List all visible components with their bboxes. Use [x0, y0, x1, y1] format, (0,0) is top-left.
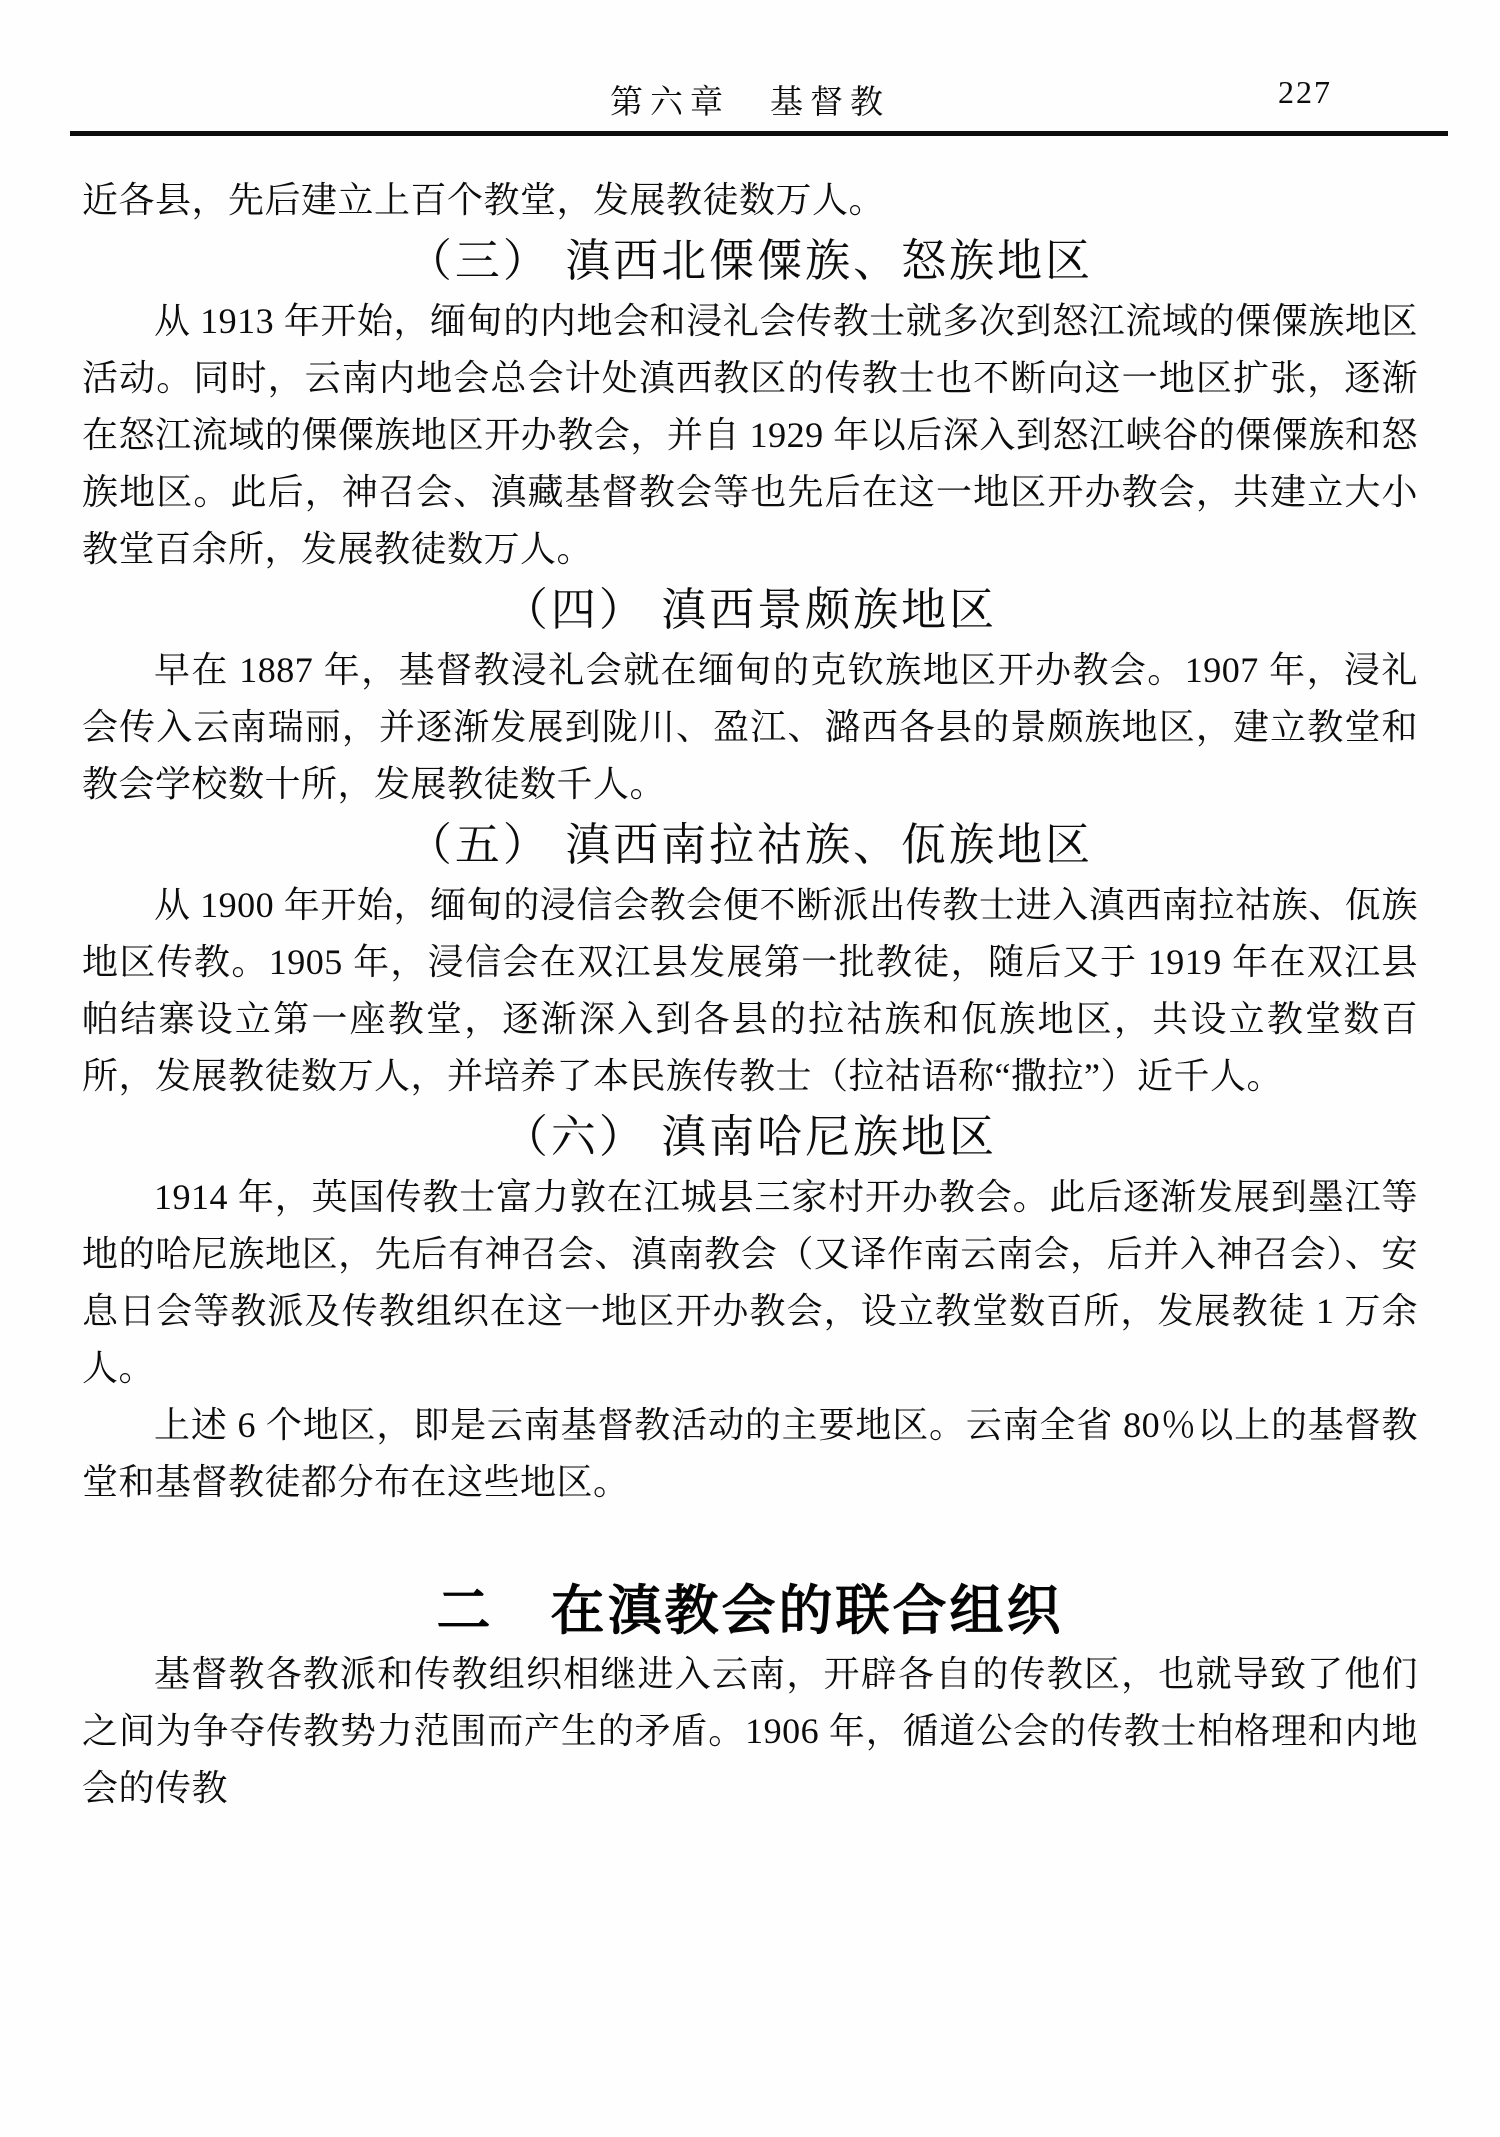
major-section-heading: 二 在滇教会的联合组织 — [82, 1576, 1418, 1646]
section-heading-lahu-wa: （五） 滇西南拉祜族、佤族地区 — [82, 813, 1418, 877]
closing-paragraph: 基督教各教派和传教组织相继进入云南，开辟各自的传教区，也就导致了他们之间为争夺传… — [82, 1646, 1418, 1817]
continuation-paragraph: 近各县，先后建立上百个教堂，发展教徒数万人。 — [82, 172, 1418, 229]
section-paragraph-hani: 1914 年，英国传教士富力敦在江城县三家村开办教会。此后逐渐发展到墨江等地的哈… — [82, 1169, 1418, 1397]
section-heading-hani: （六） 滇南哈尼族地区 — [82, 1105, 1418, 1169]
section-heading-lisu-nu: （三） 滇西北傈僳族、怒族地区 — [82, 229, 1418, 293]
book-page: 第六章 基督教 227 近各县，先后建立上百个教堂，发展教徒数万人。 （三） 滇… — [0, 0, 1500, 2137]
section-paragraph-lahu-wa: 从 1900 年开始，缅甸的浸信会教会便不断派出传教士进入滇西南拉祜族、佤族地区… — [82, 877, 1418, 1105]
section-paragraph-lisu-nu: 从 1913 年开始，缅甸的内地会和浸礼会传教士就多次到怒江流域的傈僳族地区活动… — [82, 293, 1418, 578]
section-paragraph-jingpo: 早在 1887 年，基督教浸礼会就在缅甸的克钦族地区开办教会。1907 年，浸礼… — [82, 642, 1418, 813]
page-content: 近各县，先后建立上百个教堂，发展教徒数万人。 （三） 滇西北傈僳族、怒族地区 从… — [82, 0, 1418, 1817]
section-heading-jingpo: （四） 滇西景颇族地区 — [82, 578, 1418, 642]
summary-paragraph: 上述 6 个地区，即是云南基督教活动的主要地区。云南全省 80％以上的基督教堂和… — [82, 1397, 1418, 1511]
